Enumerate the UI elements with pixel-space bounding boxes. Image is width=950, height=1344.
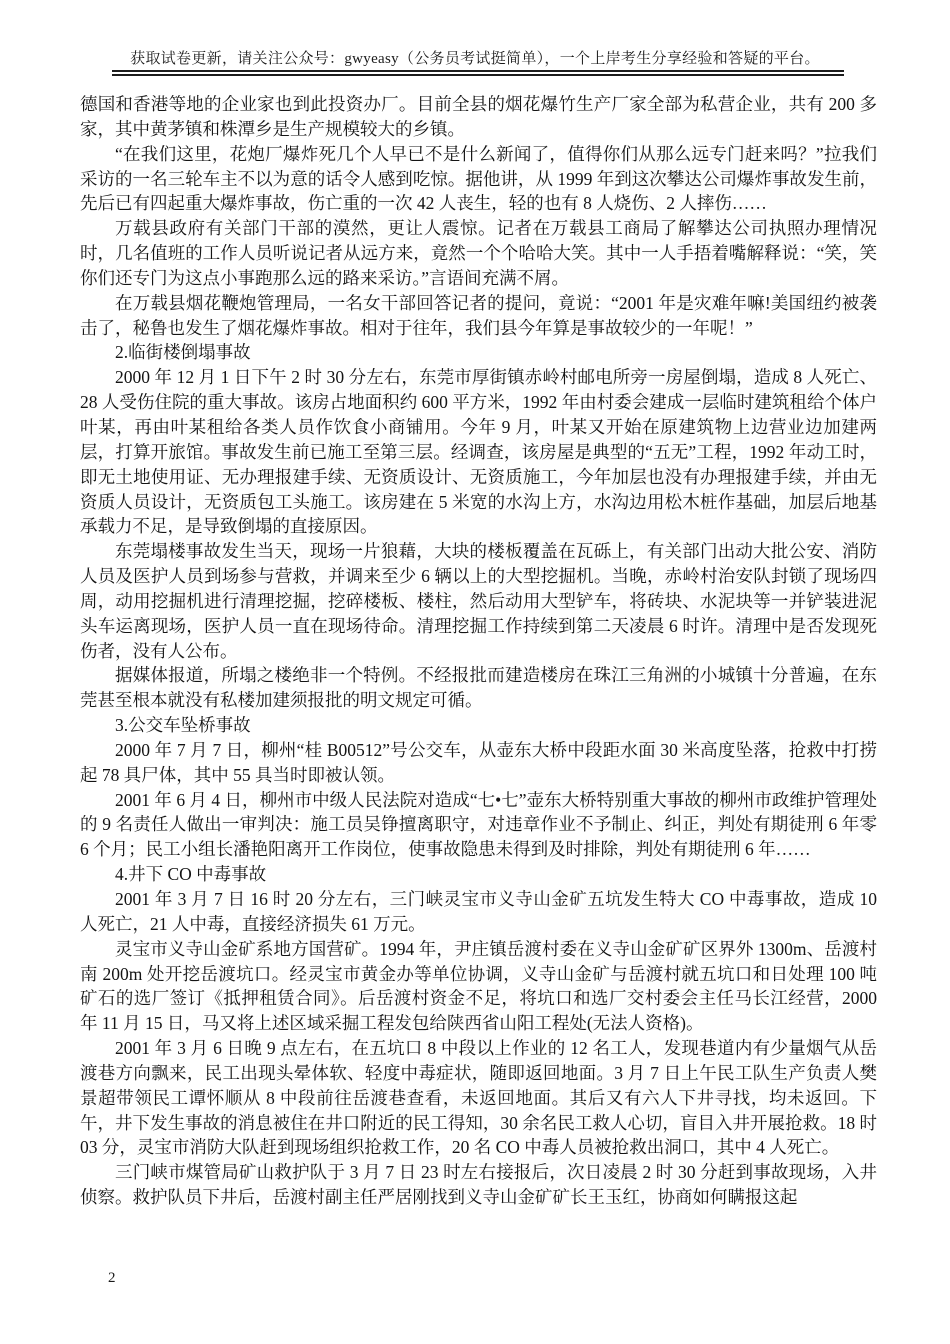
document-body: 德国和香港等地的企业家也到此投资办厂。目前全县的烟花爆竹生产厂家全部为私营企业，… bbox=[80, 92, 877, 1210]
section-heading: 2.临街楼倒塌事故 bbox=[80, 340, 877, 365]
header-notice: 获取试卷更新，请关注公众号：gwyeasy（公务员考试挺简单），一个上岸考生分享… bbox=[0, 47, 950, 68]
document-page: 获取试卷更新，请关注公众号：gwyeasy（公务员考试挺简单），一个上岸考生分享… bbox=[0, 0, 950, 1344]
paragraph: 据媒体报道，所塌之楼绝非一个特例。不经报批而建造楼房在珠江三角洲的小城镇十分普遍… bbox=[80, 663, 877, 713]
paragraph: 三门峡市煤管局矿山救护队于 3 月 7 日 23 时左右接报后，次日凌晨 2 时… bbox=[80, 1160, 877, 1210]
section-heading: 4.井下 CO 中毒事故 bbox=[80, 862, 877, 887]
paragraph: 东莞塌楼事故发生当天，现场一片狼藉，大块的楼板覆盖在瓦砾上，有关部门出动大批公安… bbox=[80, 539, 877, 663]
paragraph: 2001 年 3 月 7 日 16 时 20 分左右，三门峡灵宝市义寺山金矿五坑… bbox=[80, 887, 877, 937]
page-number: 2 bbox=[108, 1270, 116, 1287]
paragraph: 2000 年 12 月 1 日下午 2 时 30 分左右，东莞市厚街镇赤岭村邮电… bbox=[80, 365, 877, 539]
paragraph: 2001 年 6 月 4 日，柳州市中级人民法院对造成“七•七”壶东大桥特别重大… bbox=[80, 788, 877, 863]
paragraph: 在万载县烟花鞭炮管理局，一名女干部回答记者的提问，竟说：“2001 年是灾难年嘛… bbox=[80, 291, 877, 341]
paragraph: 万载县政府有关部门干部的漠然，更让人震惊。记者在万载县工商局了解攀达公司执照办理… bbox=[80, 216, 877, 291]
paragraph: 德国和香港等地的企业家也到此投资办厂。目前全县的烟花爆竹生产厂家全部为私营企业，… bbox=[80, 92, 877, 142]
paragraph: 2001 年 3 月 6 日晚 9 点左右，在五坑口 8 中段以上作业的 12 … bbox=[80, 1036, 877, 1160]
paragraph: 2000 年 7 月 7 日，柳州“桂 B00512”号公交车，从壶东大桥中段距… bbox=[80, 738, 877, 788]
paragraph: “在我们这里，花炮厂爆炸死几个人早已不是什么新闻了，值得你们从那么远专门赶来吗？… bbox=[80, 142, 877, 217]
paragraph: 灵宝市义寺山金矿系地方国营矿。1994 年，尹庄镇岳渡村委在义寺山金矿矿区界外 … bbox=[80, 937, 877, 1036]
section-heading: 3.公交车坠桥事故 bbox=[80, 713, 877, 738]
header-double-rule bbox=[112, 70, 844, 76]
